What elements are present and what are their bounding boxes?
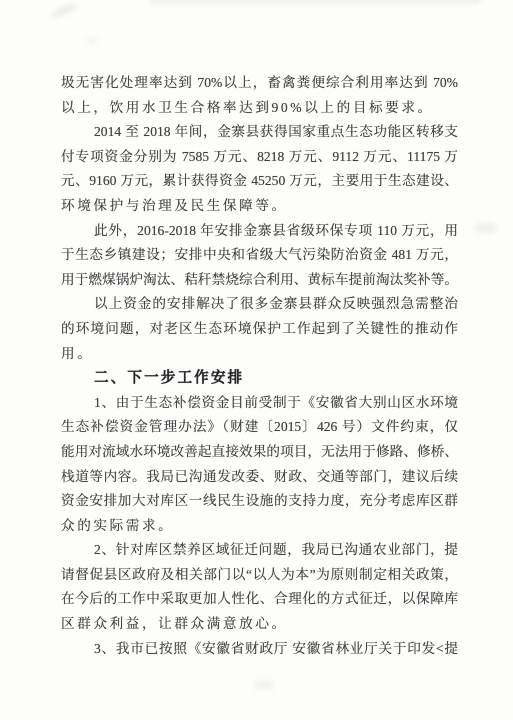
scan-smudge	[474, 223, 498, 233]
text-line: 请督促县区政府及相关部门以“以人为本”为原则制定相关政策，	[61, 563, 458, 588]
text-line: 1、由于生态补偿资金目前受制于《安徽省大别山区水环境	[61, 391, 458, 416]
scan-smudge	[150, 0, 480, 3]
text-line: 以上资金的安排解决了很多金寨县群众反映强烈急需整治	[61, 292, 458, 317]
text-line: 此外，2016-2018 年安排金寨县省级环保专项 110 万元，用	[61, 219, 458, 244]
text-line: 用于燃煤锅炉淘汰、秸秆禁烧综合利用、黄标车提前淘汰奖补等。	[61, 268, 458, 293]
text-line: 环境保护与治理及民生保障等。	[61, 194, 458, 219]
text-line: 用。	[61, 342, 458, 367]
text-line: 资金安排加大对库区一线民生设施的支持力度，充分考虑库区群	[61, 489, 458, 514]
section-heading: 二、下一步工作安排	[61, 366, 458, 391]
text-line: 2014 至 2018 年间，金寨县获得国家重点生态功能区转移支	[61, 120, 458, 145]
text-line: 付专项资金分别为 7585 万元、8218 万元、9112 万元、11175 万	[61, 145, 458, 170]
document-text: 圾无害化处理率达到 70%以上，畜禽粪便综合利用率达到 70%以上，饮用水卫生合…	[61, 71, 458, 661]
text-line: 能用对流域水环境改善起直接效果的项目，无法用于修路、修桥、	[61, 440, 458, 465]
text-line: 3、我市已按照《安徽省财政厅 安徽省林业厅关于印发<提	[61, 637, 458, 662]
scan-smudge	[254, 681, 274, 689]
text-line: 栈道等内容。我局已沟通发改委、财政、交通等部门，建议后续	[61, 465, 458, 490]
text-line: 于生态乡镇建设；安排中央和省级大气污染防治资金 481 万元，	[61, 243, 458, 268]
text-line: 以上，饮用水卫生合格率达到90%以上的目标要求。	[61, 96, 458, 121]
text-line: 生态补偿资金管理办法》（财建〔2015〕426 号）文件约束，仅	[61, 415, 458, 440]
text-line: 众的实际需求。	[61, 514, 458, 539]
scan-smudge	[50, 2, 78, 20]
scan-smudge	[86, 38, 98, 44]
text-line: 的环境问题，对老区生态环境保护工作起到了关键性的推动作	[61, 317, 458, 342]
document-page: 圾无害化处理率达到 70%以上，畜禽粪便综合利用率达到 70%以上，饮用水卫生合…	[0, 0, 513, 720]
text-line: 在今后的工作中采取更加人性化、合理化的方式征迁，以保障库	[61, 587, 458, 612]
text-line: 2、针对库区禁养区域征迁问题，我局已沟通农业部门，提	[61, 538, 458, 563]
text-line: 元、9160 万元，累计获得资金 45250 万元，主要用于生态建设、	[61, 169, 458, 194]
text-line: 圾无害化处理率达到 70%以上，畜禽粪便综合利用率达到 70%	[61, 71, 458, 96]
text-line: 区群众利益，让群众满意放心。	[61, 612, 458, 637]
